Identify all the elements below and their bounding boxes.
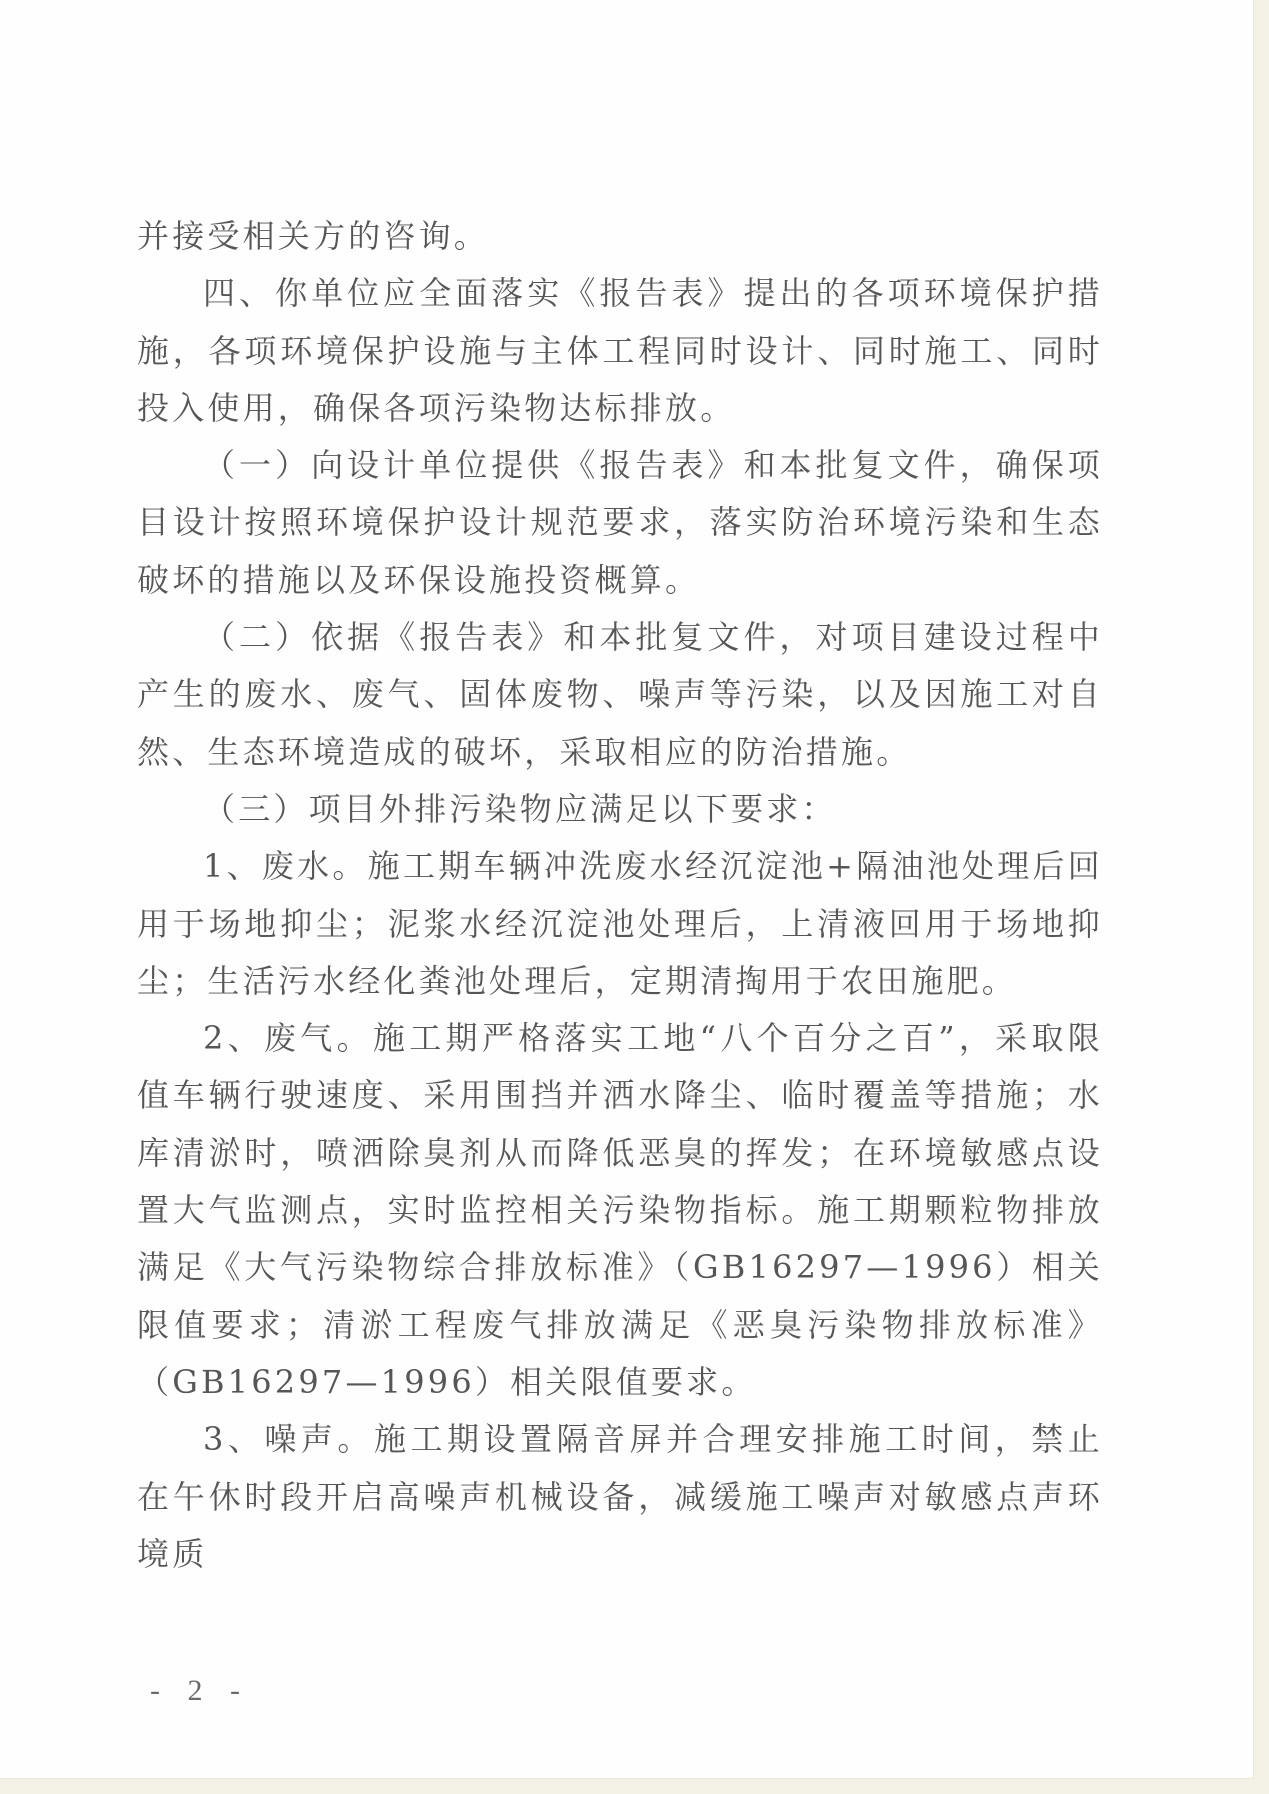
paragraph-item-three: （三）项目外排污染物应满足以下要求： [137,781,1103,838]
paragraph-item-two: （二）依据《报告表》和本批复文件，对项目建设过程中产生的废水、废气、固体废物、噪… [137,609,1103,781]
paragraph-item-one: （一）向设计单位提供《报告表》和本批复文件，确保项目设计按照环境保护设计规范要求… [137,437,1103,609]
page-number: - 2 - [150,1674,250,1708]
paragraph-exhaust-gas: 2、废气。施工期严格落实工地“八个百分之百”，采取限值车辆行驶速度、采用围挡并洒… [137,1010,1103,1411]
paragraph-section-four: 四、你单位应全面落实《报告表》提出的各项环境保护措施，各项环境保护设施与主体工程… [137,265,1103,437]
paragraph-wastewater: 1、废水。施工期车辆冲洗废水经沉淀池+隔油池处理后回用于场地抑尘；泥浆水经沉淀池… [137,838,1103,1010]
paragraph-consultation: 并接受相关方的咨询。 [137,208,1103,265]
document-body: 并接受相关方的咨询。 四、你单位应全面落实《报告表》提出的各项环境保护措施，各项… [137,208,1103,1583]
document-page: 并接受相关方的咨询。 四、你单位应全面落实《报告表》提出的各项环境保护措施，各项… [0,0,1254,1779]
paragraph-noise: 3、噪声。施工期设置隔音屏并合理安排施工时间，禁止在午休时段开启高噪声机械设备，… [137,1411,1103,1583]
